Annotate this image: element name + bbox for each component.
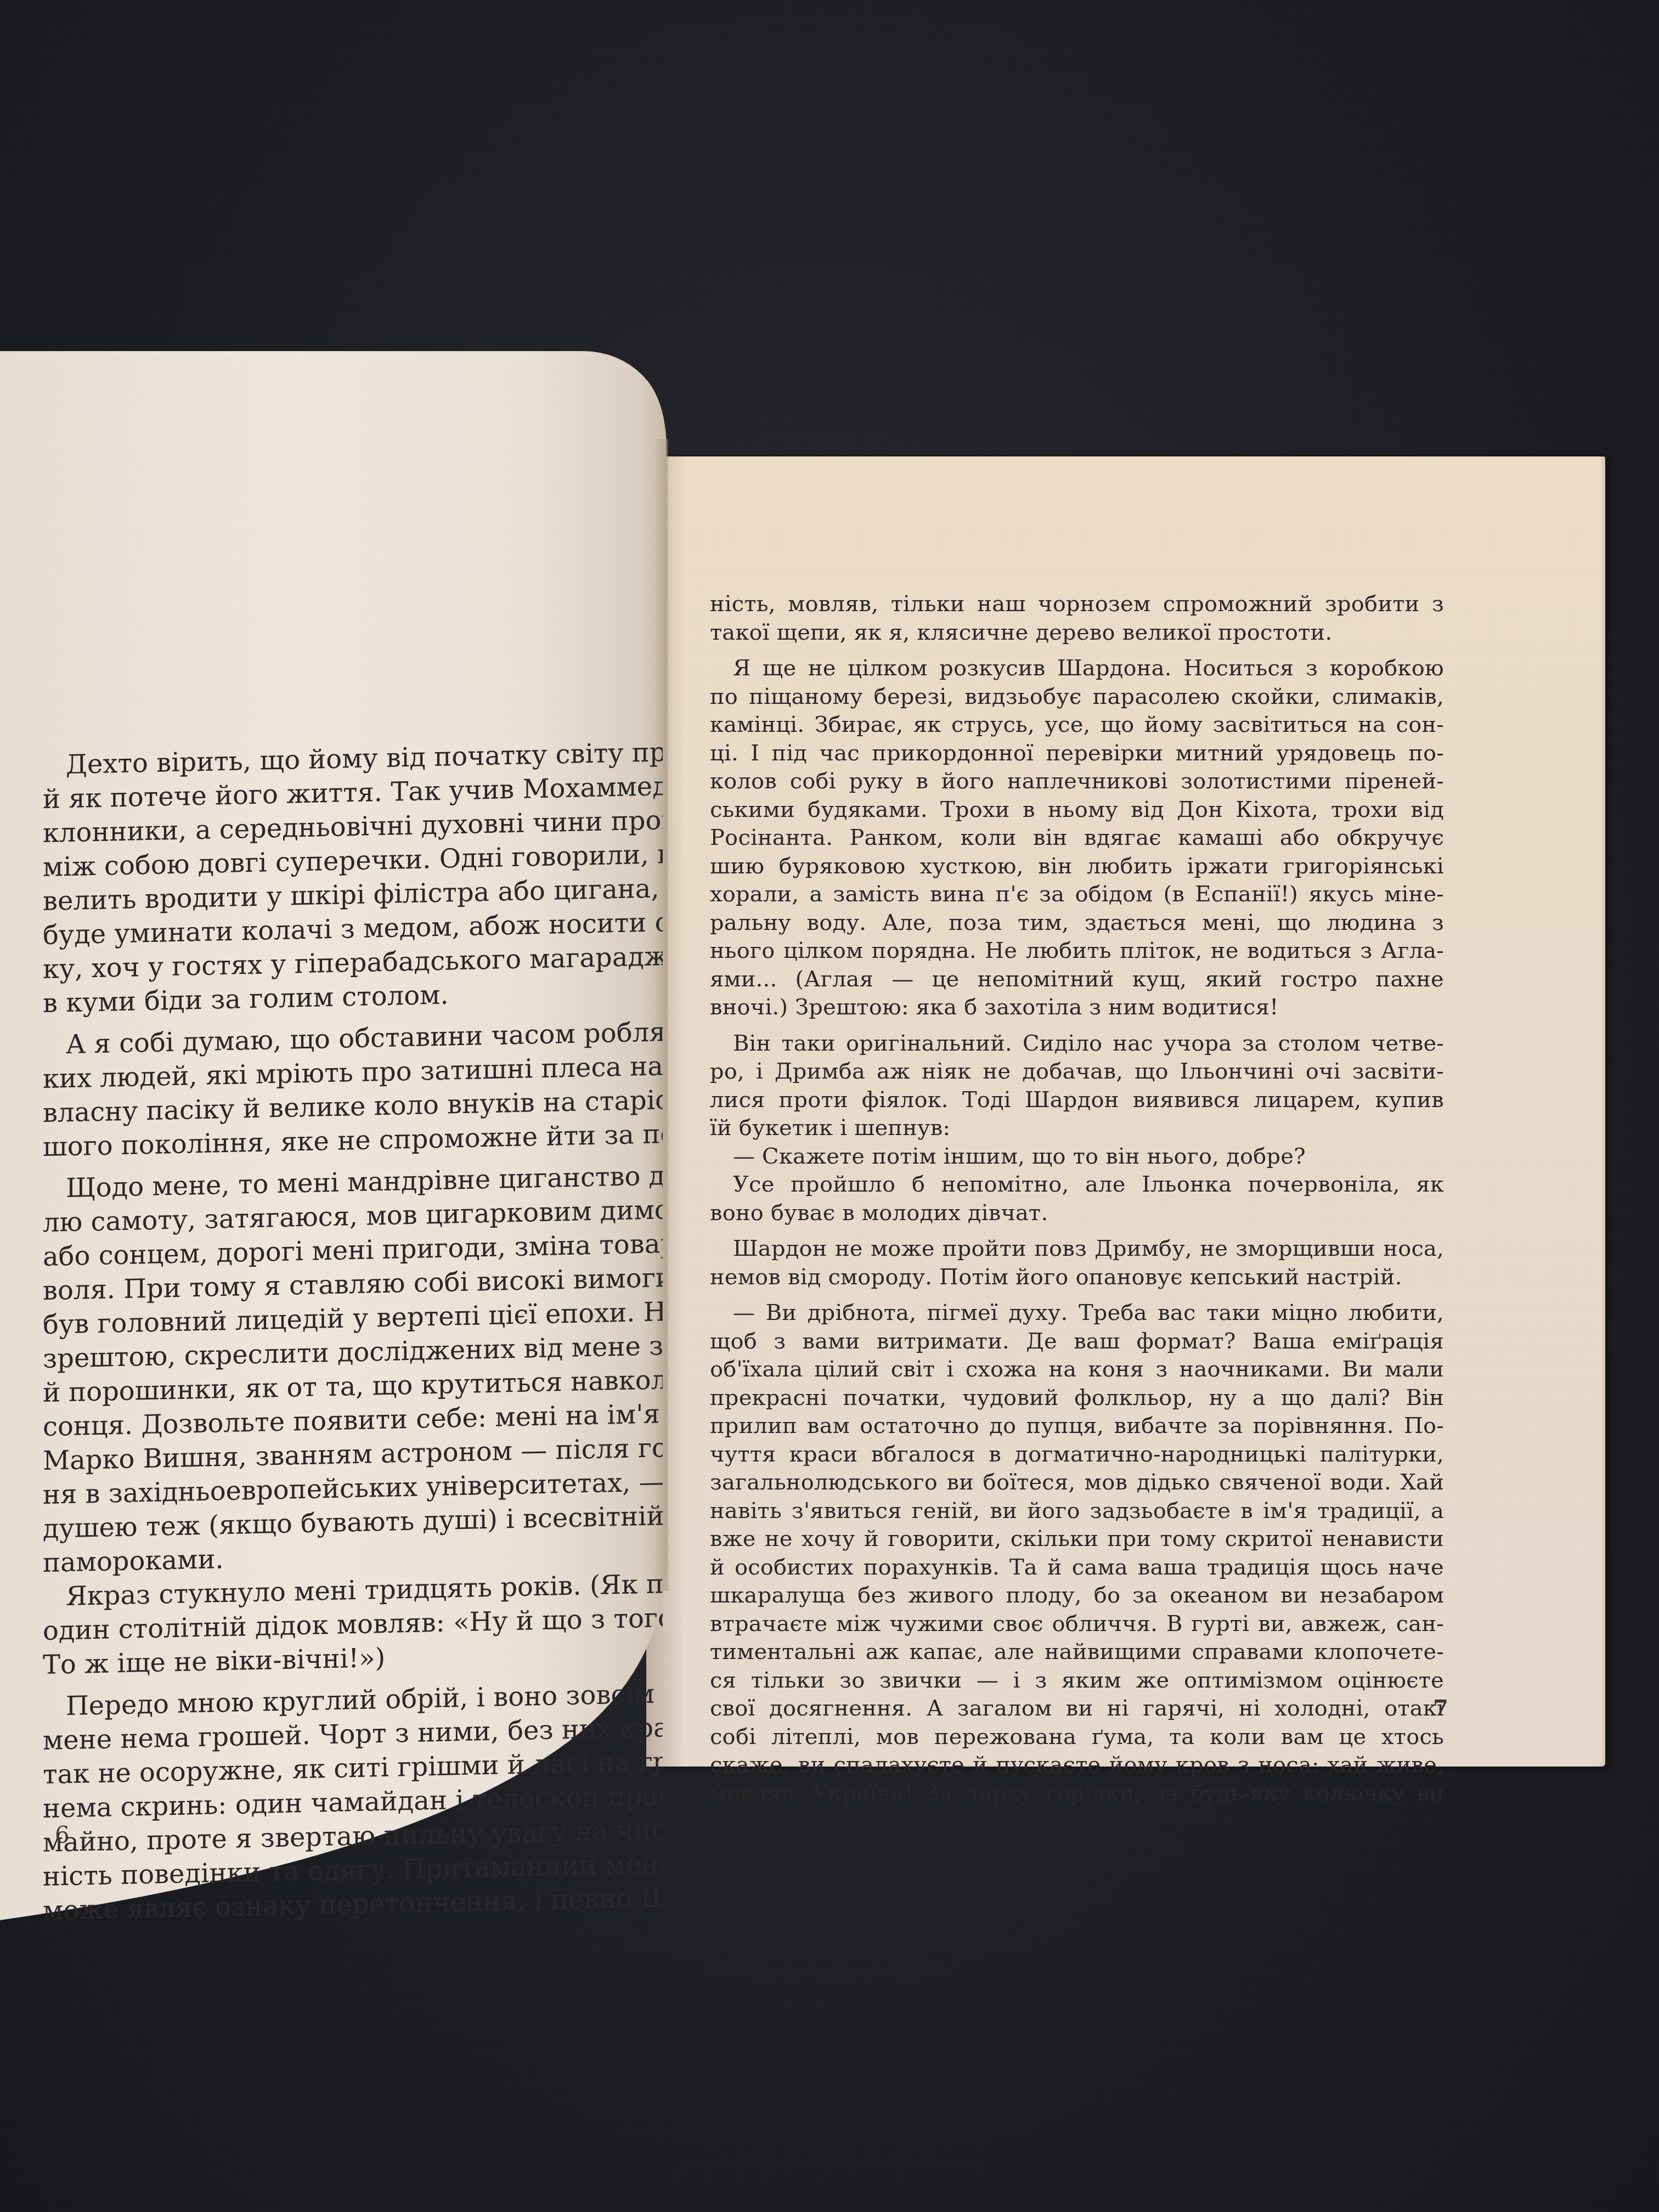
page-number-left: 6	[55, 1821, 70, 1848]
text-line: хорали, а замість вина п'є за обідом (в …	[710, 881, 1444, 909]
text-line: їй букетик і шепнув:	[710, 1114, 1444, 1143]
text-line: об'їхала цілий світ і схожа на коня з на…	[710, 1356, 1444, 1384]
text-line: чуття краси вбгалося в догматично-народн…	[710, 1441, 1444, 1469]
text-line: втрачаєте між чужими своє обличчя. В гур…	[710, 1610, 1444, 1639]
text-line: вночі.) Зрештою: яка б захотіла з ним во…	[710, 994, 1444, 1022]
right-page-text: ність, мовляв, тільки наш чорнозем спром…	[710, 590, 1444, 1808]
text-line: — Ви дрібнота, пігмеї духу. Треба вас та…	[710, 1299, 1444, 1328]
text-line: шкаралуща без живого плоду, бо за океано…	[710, 1582, 1444, 1610]
text-line: Він таки оригінальний. Сиділо нас учора …	[710, 1030, 1444, 1058]
text-line: й особистих порахунків. Та й сама ваша т…	[710, 1554, 1444, 1582]
page-number-right: 7	[1433, 1695, 1448, 1721]
text-line: шию буряковою хусткою, він любить іржати…	[710, 853, 1444, 881]
text-line: прекрасні початки, чудовий фолкльор, ну …	[710, 1384, 1444, 1413]
text-line: ність, мовляв, тільки наш чорнозем спром…	[710, 590, 1444, 619]
text-line: Шардон не може пройти повз Дримбу, не зм…	[710, 1235, 1444, 1263]
text-line: лися проти фіялок. Тоді Шардон виявився …	[710, 1086, 1444, 1115]
text-line: прилип вам остаточно до пупця, вибачте з…	[710, 1412, 1444, 1441]
text-line: Усе пройшло б непомітно, але Ільонка поч…	[710, 1171, 1444, 1199]
text-line: колов собі руку в його наплечникові золо…	[710, 768, 1444, 796]
text-line: ро, і Дримба аж ніяк не добачав, що Ільо…	[710, 1058, 1444, 1086]
text-line: ці. І під час прикордонної перевірки мит…	[710, 740, 1444, 768]
text-line: ся тільки зо звички — і з яким же оптимі…	[710, 1667, 1444, 1695]
left-page-text: Дехто вірить, що йому від початку світу …	[43, 735, 663, 1928]
text-line: — Скажете потім іншим, що то він нього, …	[710, 1143, 1444, 1171]
text-line: тиментальні аж капає, але найвищими спра…	[710, 1638, 1444, 1667]
text-line: собі літеплі, мов пережована ґума, та ко…	[710, 1723, 1444, 1752]
text-line: камінці. Збирає, як струсь, усе, що йому…	[710, 711, 1444, 740]
text-line: скаже, ви спалахуєте й пускаєте йому кро…	[710, 1751, 1444, 1780]
text-line: навіть з'явиться геній, ви його задзьоба…	[710, 1497, 1444, 1526]
text-line: немов від смороду. Потім його опановує к…	[710, 1263, 1444, 1292]
text-line: по піщаному березі, видзьобує парасолею …	[710, 683, 1444, 712]
text-line: ськими будяками. Трохи в ньому від Дон К…	[710, 796, 1444, 825]
text-line: Росінанта. Ранком, коли він вдягає камаш…	[710, 824, 1444, 853]
text-line: мовляв, Україна! За чарку горілки, за бу…	[710, 1780, 1444, 1808]
text-line: ральну воду. Але, поза тим, здається мен…	[710, 909, 1444, 938]
text-line: свої досягнення. А загалом ви ні гарячі,…	[710, 1695, 1444, 1723]
text-line: вже не хочу й говорити, скільки при тому…	[710, 1525, 1444, 1554]
text-line: ями... (Аглая — це непомітний кущ, який …	[710, 966, 1444, 994]
text-line: такої щепи, як я, клясичне дерево велико…	[710, 619, 1444, 647]
text-line: загальнолюдського ви боїтеся, мов дідько…	[710, 1469, 1444, 1497]
text-line: нього цілком порядна. Не любить пліток, …	[710, 937, 1444, 966]
text-line: щоб з вами витримати. Де ваш формат? Ваш…	[710, 1328, 1444, 1356]
text-line: воно буває в молодих дівчат.	[710, 1199, 1444, 1228]
text-line: Я ще не цілком розкусив Шардона. Носитьс…	[710, 654, 1444, 683]
